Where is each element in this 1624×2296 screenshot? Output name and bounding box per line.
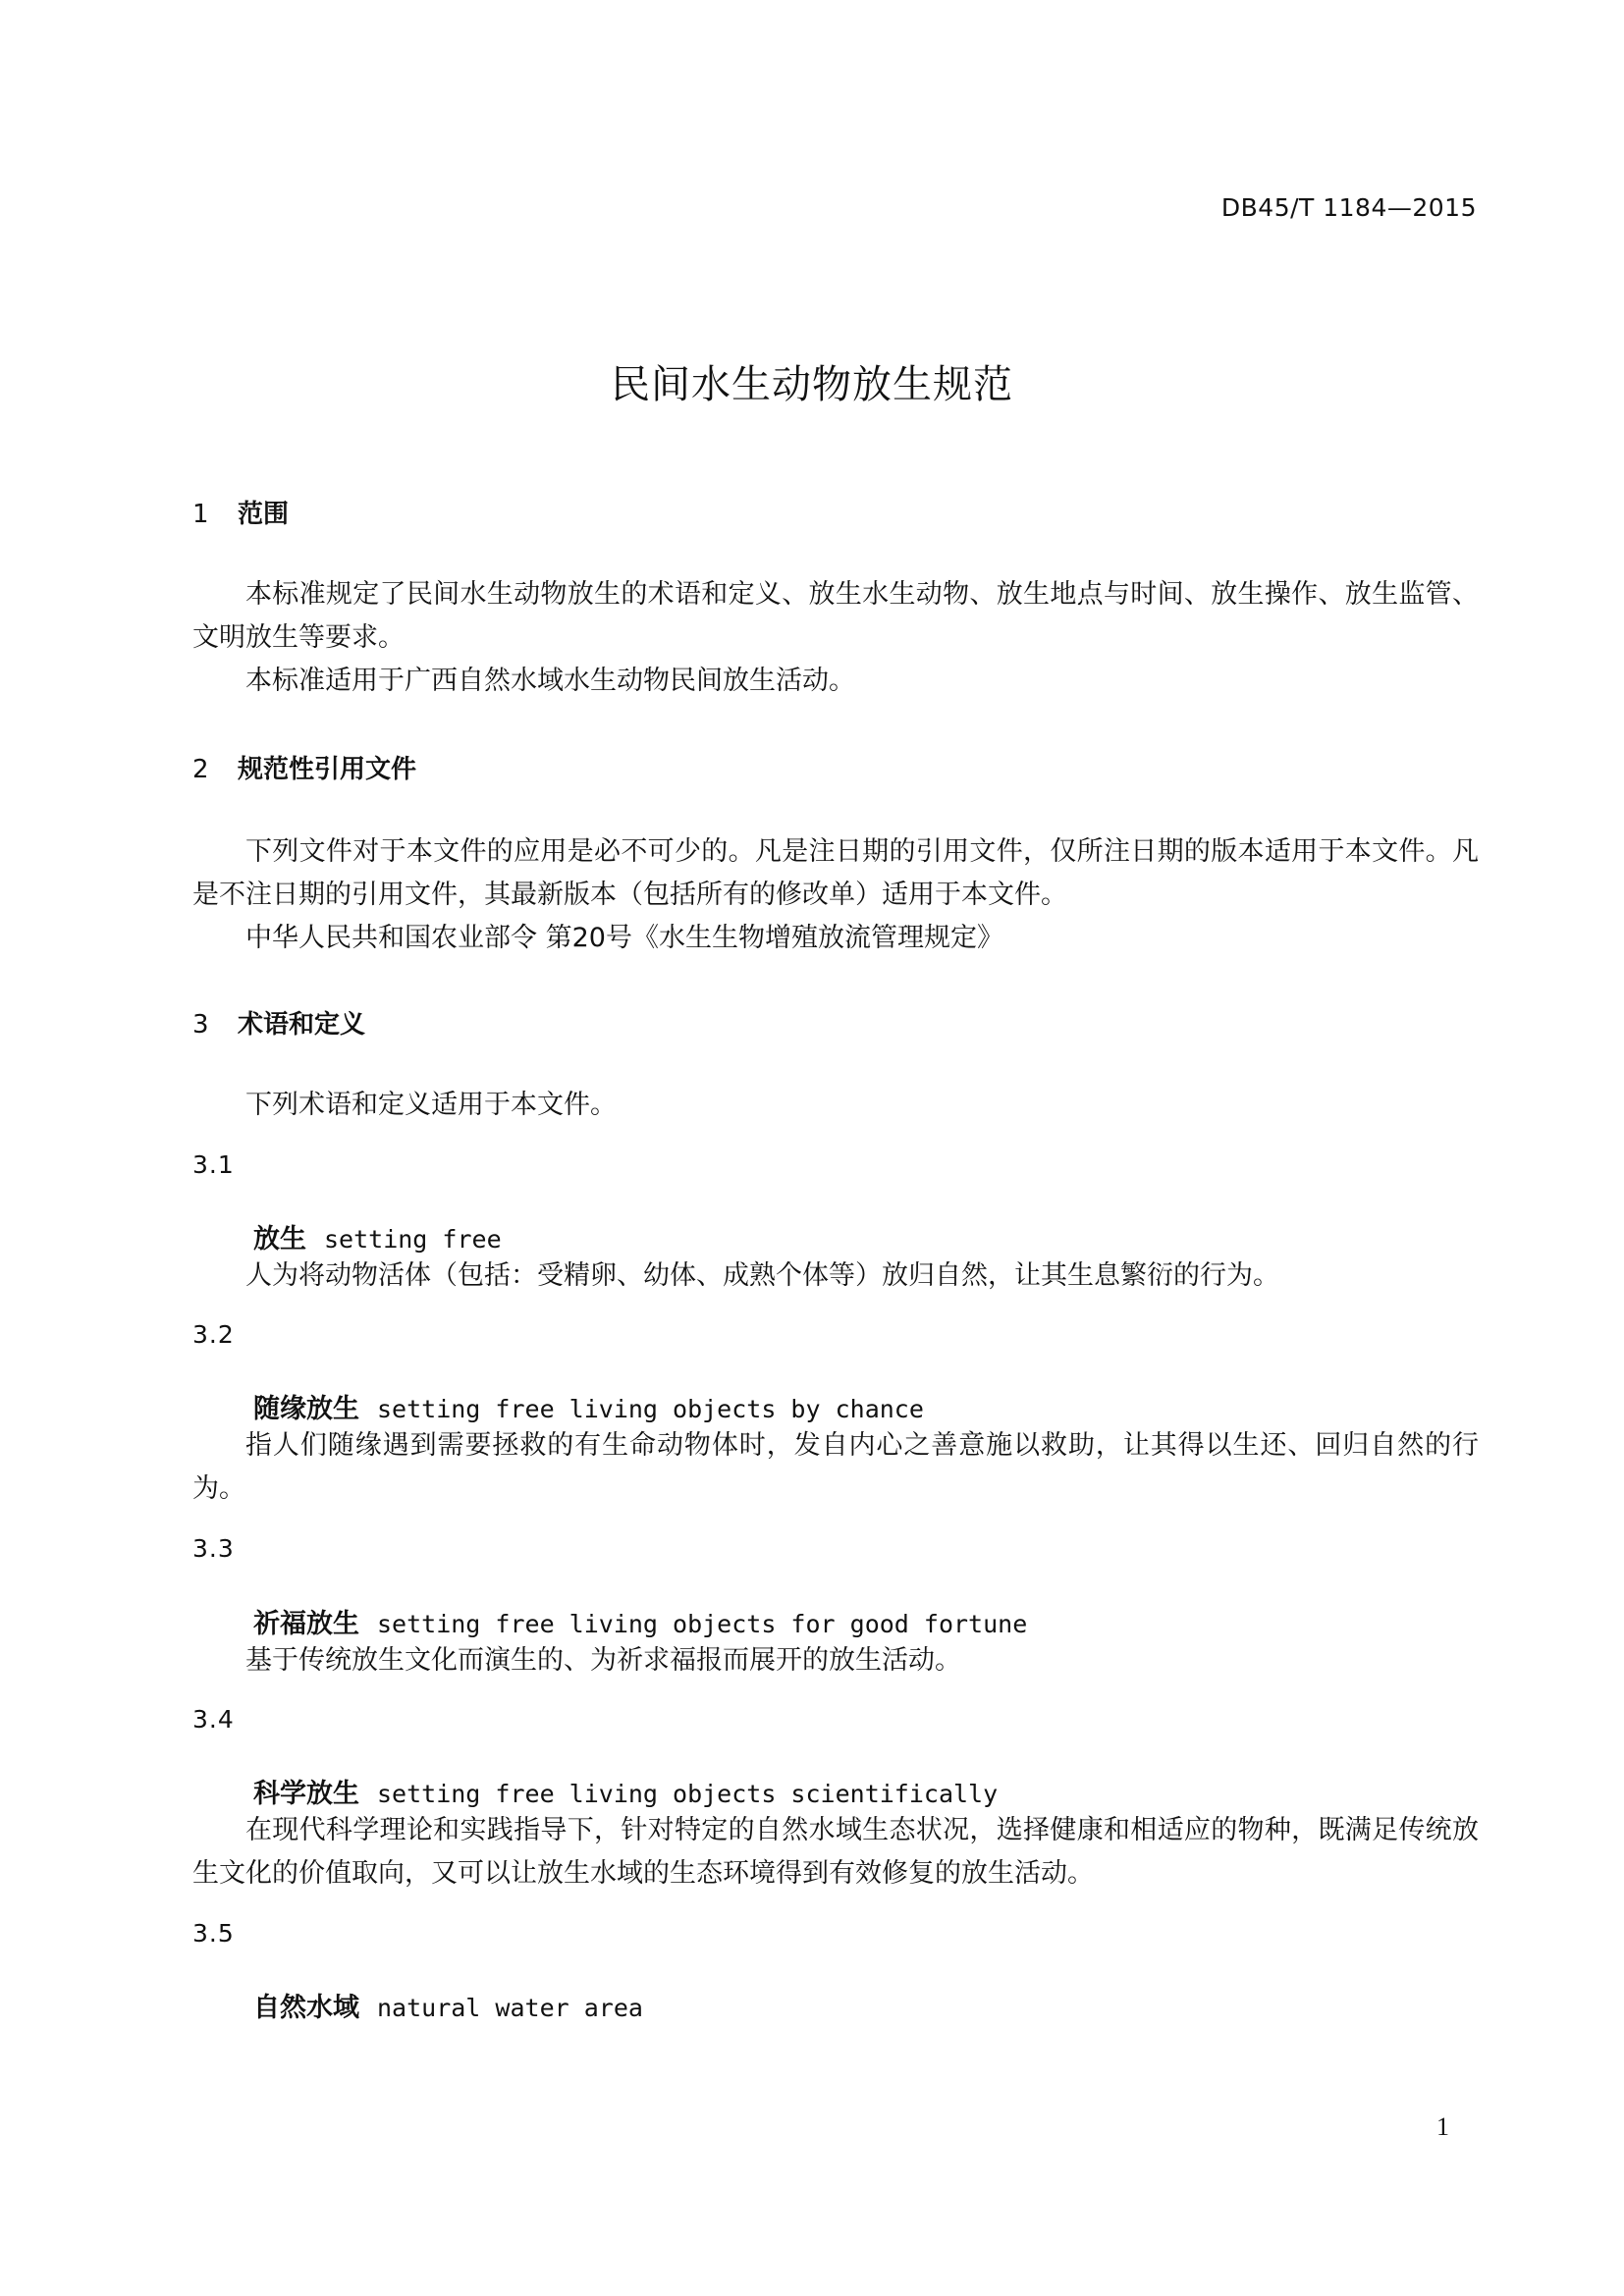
clause-number: 3.1 — [192, 1150, 235, 1179]
section-heading-scope: 1范围 — [192, 494, 289, 530]
section-title: 术语和定义 — [238, 1010, 365, 1040]
term-english: setting free living objects by chance — [377, 1395, 924, 1423]
section-heading-terms: 3术语和定义 — [192, 1004, 365, 1041]
paragraph-terms-intro: 下列术语和定义适用于本文件。 — [192, 1084, 1479, 1127]
page-number: 1 — [1436, 2112, 1449, 2142]
paragraph-scope-1: 本标准规定了民间水生动物放生的术语和定义、放生水生动物、放生地点与时间、放生操作… — [192, 573, 1479, 660]
term-definition: 指人们随缘遇到需要拯救的有生命动物体时，发自内心之善意施以救助，让其得以生还、回… — [192, 1424, 1479, 1511]
section-number: 3 — [192, 1010, 238, 1040]
term-entry: 放生setting free — [253, 1217, 502, 1255]
term-english: setting free — [324, 1225, 502, 1254]
document-title: 民间水生动物放生规范 — [0, 353, 1624, 409]
term-chinese: 随缘放生 — [253, 1394, 359, 1424]
term-chinese: 科学放生 — [253, 1779, 359, 1809]
term-chinese: 祈福放生 — [253, 1609, 359, 1639]
clause-number: 3.3 — [192, 1534, 235, 1563]
paragraph-references-2: 中华人民共和国农业部令 第20号《水生生物增殖放流管理规定》 — [192, 917, 1479, 960]
term-definition: 基于传统放生文化而演生的、为祈求福报而展开的放生活动。 — [192, 1639, 1479, 1682]
term-definition: 在现代科学理论和实践指导下，针对特定的自然水域生态状况，选择健康和相适应的物种，… — [192, 1809, 1479, 1896]
section-title: 范围 — [238, 500, 289, 529]
term-definition: 人为将动物活体（包括：受精卵、幼体、成熟个体等）放归自然，让其生息繁衍的行为。 — [192, 1255, 1479, 1298]
term-entry: 随缘放生setting free living objects by chanc… — [253, 1387, 924, 1425]
paragraph-references-1: 下列文件对于本文件的应用是必不可少的。凡是注日期的引用文件，仅所注日期的版本适用… — [192, 830, 1479, 917]
term-chinese: 放生 — [253, 1224, 306, 1255]
section-number: 1 — [192, 500, 238, 529]
term-english: natural water area — [377, 1994, 643, 2022]
paragraph-scope-2: 本标准适用于广西自然水域水生动物民间放生活动。 — [192, 660, 1479, 703]
clause-number: 3.4 — [192, 1705, 235, 1734]
term-chinese: 自然水域 — [253, 1993, 359, 2023]
section-heading-normative-references: 2规范性引用文件 — [192, 749, 416, 785]
clause-number: 3.5 — [192, 1919, 235, 1948]
clause-number: 3.2 — [192, 1320, 235, 1349]
term-entry: 科学放生setting free living objects scientif… — [253, 1772, 998, 1810]
term-entry: 自然水域natural water area — [253, 1986, 643, 2024]
term-entry: 祈福放生setting free living objects for good… — [253, 1602, 1027, 1640]
section-title: 规范性引用文件 — [238, 755, 416, 784]
term-english: setting free living objects for good for… — [377, 1610, 1027, 1638]
standard-number: DB45/T 1184—2015 — [1221, 193, 1477, 222]
term-english: setting free living objects scientifical… — [377, 1780, 998, 1808]
section-number: 2 — [192, 755, 238, 784]
